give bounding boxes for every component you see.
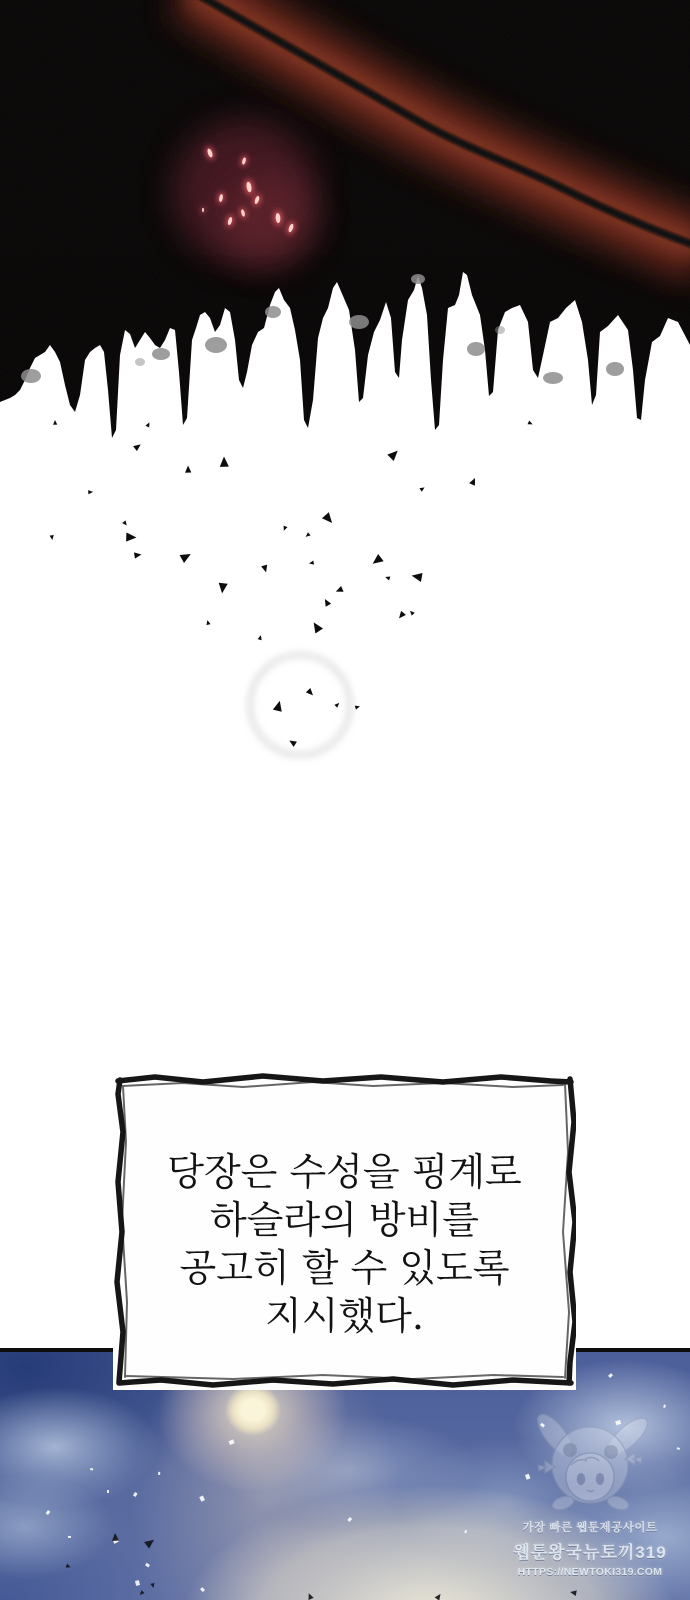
narration-box: 당장은 수성을 핑계로 하슬라의 방비를 공고히 할 수 있도록 지시했다. [113,1072,576,1390]
mascot-eye [596,1473,604,1485]
ink-debris [0,400,690,780]
narration-text: 당장은 수성을 핑계로 하슬라의 방비를 공고히 할 수 있도록 지시했다. [113,1072,576,1390]
webtoon-page: 가장 빠른 웹툰제공사이트 웹툰왕국뉴토끼319 HTTPS://NEWTOKI… [0,0,690,1600]
mascot-icon [533,1403,651,1521]
narration-line: 공고히 할 수 있도록 [113,1244,576,1292]
narration-line: 하슬라의 방비를 [113,1196,576,1244]
watermark-tagline: 가장 빠른 웹툰제공사이트 [510,1519,670,1535]
hood-eye [563,1443,577,1457]
watermark-site-name: 웹툰왕국뉴토끼319 [510,1538,670,1563]
narration-line: 당장은 수성을 핑계로 [113,1148,576,1196]
narration-line: 지시했다. [113,1292,576,1340]
mascot-eye [577,1473,585,1485]
mascot-face [566,1453,614,1501]
site-watermark: 가장 빠른 웹툰제공사이트 웹툰왕국뉴토끼319 HTTPS://NEWTOKI… [510,1519,670,1578]
debris-specks [50,420,534,747]
hood-eye [604,1445,618,1459]
watermark-url: HTTPS://NEWTOKI319.COM [510,1566,670,1578]
